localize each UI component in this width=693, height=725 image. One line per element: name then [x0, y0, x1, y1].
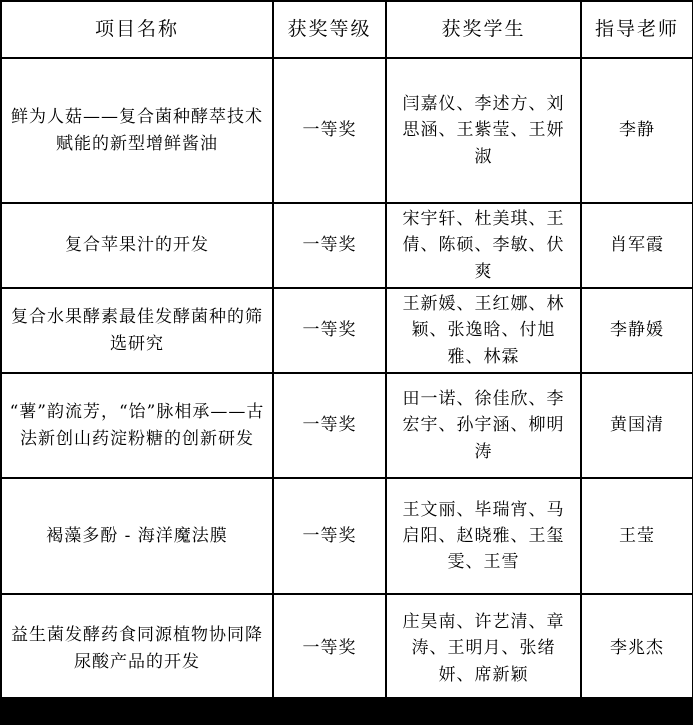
- cell-teacher: 李兆杰: [581, 594, 693, 703]
- cell-project: “薯”韵流芳，“饴”脉相承——古法新创山药淀粉糖的创新研发: [1, 373, 273, 478]
- cell-students: 庄昊南、许艺清、章涛、王明月、张绪妍、席新颖: [386, 594, 581, 703]
- cell-teacher: 李静: [581, 58, 693, 203]
- screenshot-root: 项目名称 获奖等级 获奖学生 指导老师 鲜为人菇——复合菌种酵萃技术赋能的新型增…: [0, 0, 693, 725]
- header-row: 项目名称 获奖等级 获奖学生 指导老师: [1, 1, 693, 58]
- table-row: 益生菌发酵药食同源植物协同降尿酸产品的开发 一等奖 庄昊南、许艺清、章涛、王明月…: [1, 594, 693, 703]
- cell-project: 鲜为人菇——复合菌种酵萃技术赋能的新型增鲜酱油: [1, 58, 273, 203]
- cell-students: 王新媛、王红娜、林颖、张逸晗、付旭雅、林霖: [386, 288, 581, 373]
- col-header-award: 获奖等级: [273, 1, 386, 58]
- col-header-teacher: 指导老师: [581, 1, 693, 58]
- cell-award: 一等奖: [273, 594, 386, 703]
- cell-students: 闫嘉仪、李述方、刘思涵、王紫莹、王妍淑: [386, 58, 581, 203]
- cell-teacher: 李静媛: [581, 288, 693, 373]
- cell-award: 一等奖: [273, 58, 386, 203]
- cell-project: 复合水果酵素最佳发酵菌种的筛选研究: [1, 288, 273, 373]
- col-header-students: 获奖学生: [386, 1, 581, 58]
- cell-award: 一等奖: [273, 288, 386, 373]
- table-row: “薯”韵流芳，“饴”脉相承——古法新创山药淀粉糖的创新研发 一等奖 田一诺、徐佳…: [1, 373, 693, 478]
- table-row: 复合水果酵素最佳发酵菌种的筛选研究 一等奖 王新媛、王红娜、林颖、张逸晗、付旭雅…: [1, 288, 693, 373]
- cell-award: 一等奖: [273, 203, 386, 288]
- cell-teacher: 肖军霞: [581, 203, 693, 288]
- cell-students: 王文丽、毕瑞宵、马启阳、赵晓雅、王玺雯、王雪: [386, 478, 581, 594]
- col-header-project: 项目名称: [1, 1, 273, 58]
- cell-award: 一等奖: [273, 478, 386, 594]
- cell-students: 田一诺、徐佳欣、李宏宇、孙宇涵、柳明涛: [386, 373, 581, 478]
- table-row: 褐藻多酚 - 海洋魔法膜 一等奖 王文丽、毕瑞宵、马启阳、赵晓雅、王玺雯、王雪 …: [1, 478, 693, 594]
- cell-students: 宋宇轩、杜美琪、王倩、陈硕、李敏、伏爽: [386, 203, 581, 288]
- awards-table: 项目名称 获奖等级 获奖学生 指导老师 鲜为人菇——复合菌种酵萃技术赋能的新型增…: [0, 0, 693, 704]
- cell-teacher: 王莹: [581, 478, 693, 594]
- black-bottom-strip: [0, 697, 693, 725]
- cell-teacher: 黄国清: [581, 373, 693, 478]
- cell-project: 复合苹果汁的开发: [1, 203, 273, 288]
- cell-award: 一等奖: [273, 373, 386, 478]
- table-row: 鲜为人菇——复合菌种酵萃技术赋能的新型增鲜酱油 一等奖 闫嘉仪、李述方、刘思涵、…: [1, 58, 693, 203]
- table-row: 复合苹果汁的开发 一等奖 宋宇轩、杜美琪、王倩、陈硕、李敏、伏爽 肖军霞: [1, 203, 693, 288]
- cell-project: 益生菌发酵药食同源植物协同降尿酸产品的开发: [1, 594, 273, 703]
- cell-project: 褐藻多酚 - 海洋魔法膜: [1, 478, 273, 594]
